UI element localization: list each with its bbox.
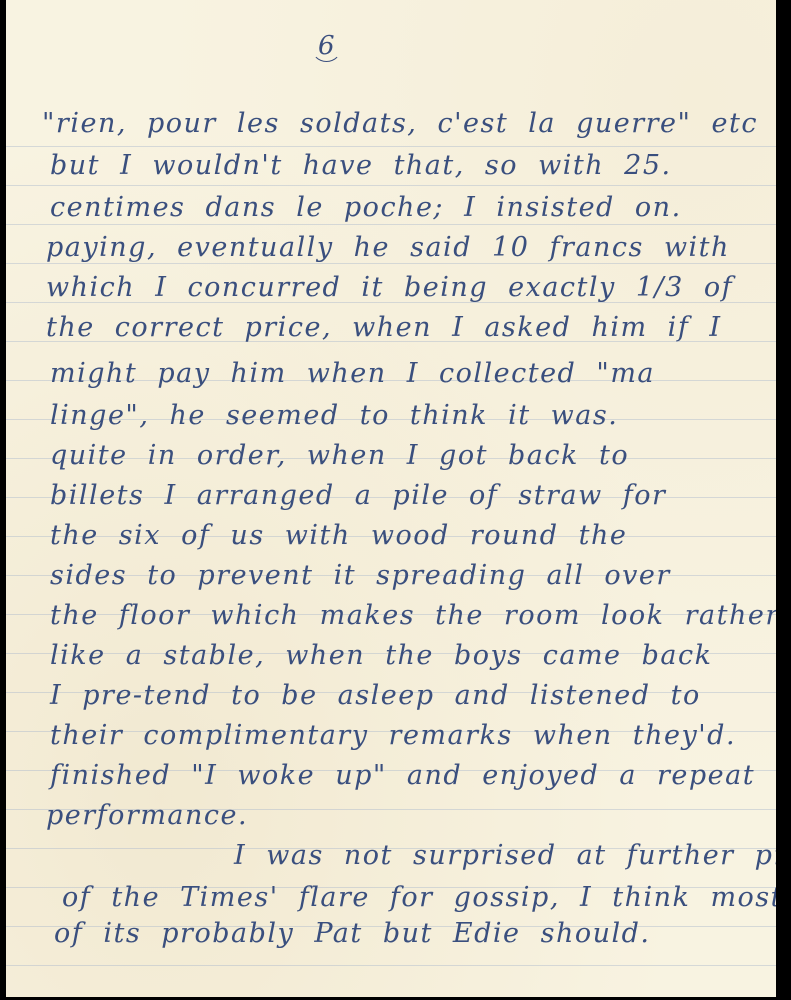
text-line: centimes dans le poche; I insisted on.	[50, 192, 682, 223]
letter-page: 6 "rien, pour les soldats, c'est la guer…	[6, 0, 776, 997]
text-line: I pre-tend to be asleep and listened to	[50, 680, 701, 711]
text-line: linge", he seemed to think it was.	[50, 400, 618, 431]
text-line: like a stable, when the boys came back	[50, 640, 712, 671]
text-line: might pay him when I collected "ma	[50, 358, 655, 389]
ruling-line	[6, 965, 776, 966]
text-line: performance.	[46, 800, 248, 831]
text-line: the floor which makes the room look rath…	[50, 600, 776, 631]
text-line: I was not surprised at further proof	[234, 840, 776, 871]
text-line: which I concurred it being exactly 1/3 o…	[46, 272, 733, 303]
ruling-line	[6, 224, 776, 225]
text-line: of its probably Pat but Edie should.	[54, 918, 651, 949]
text-line: the correct price, when I asked him if I	[46, 312, 722, 343]
text-line: sides to prevent it spreading all over	[50, 560, 671, 591]
text-line: of the Times' flare for gossip, I think …	[62, 882, 776, 913]
page-number: 6	[311, 30, 342, 62]
text-line: paying, eventually he said 10 francs wit…	[46, 232, 730, 263]
ruling-line	[6, 146, 776, 147]
text-line: billets I arranged a pile of straw for	[50, 480, 666, 511]
text-line: the six of us with wood round the	[50, 520, 627, 551]
ruling-line	[6, 185, 776, 186]
text-line: finished "I woke up" and enjoyed a repea…	[50, 760, 755, 791]
text-line: but I wouldn't have that, so with 25.	[50, 150, 672, 181]
text-line: "rien, pour les soldats, c'est la guerre…	[42, 108, 758, 139]
text-line: quite in order, when I got back to	[50, 440, 629, 471]
text-line: their complimentary remarks when they'd.	[50, 720, 736, 751]
ruling-line	[6, 263, 776, 264]
